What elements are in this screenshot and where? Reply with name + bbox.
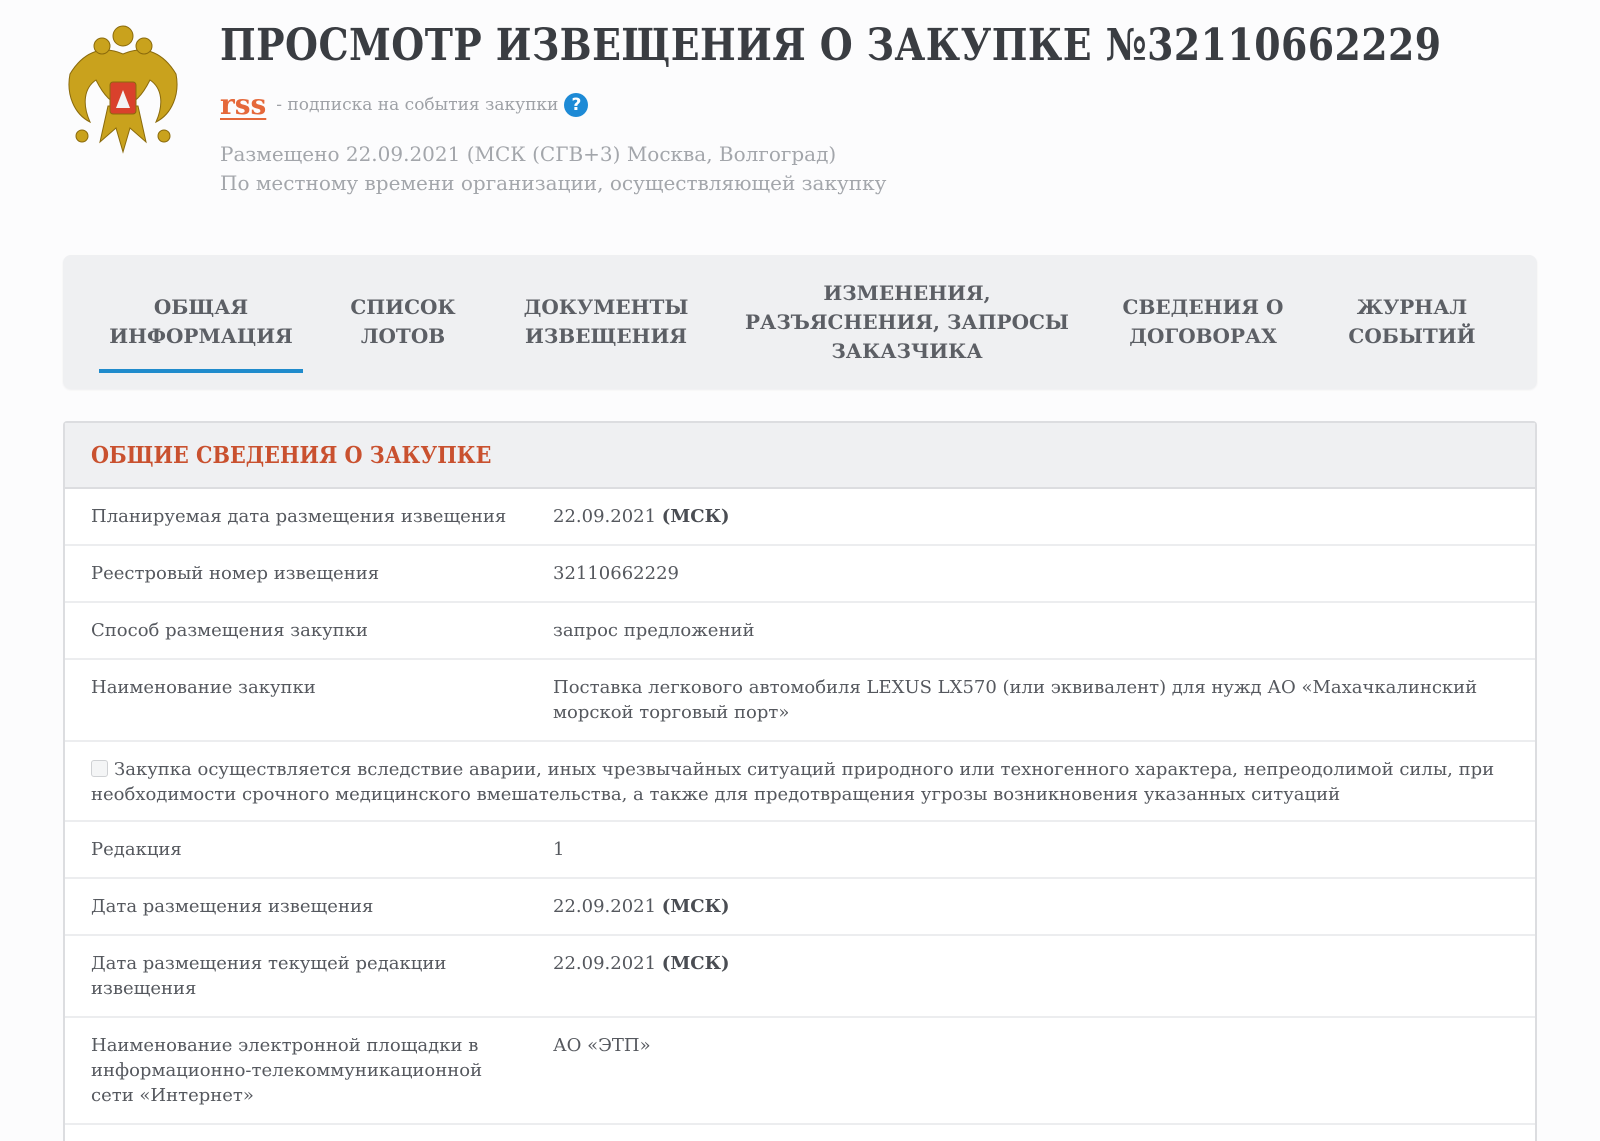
row-label: Дата размещения извещения: [65, 879, 553, 934]
rss-link[interactable]: rss: [220, 88, 274, 121]
section-title: ОБЩИЕ СВЕДЕНИЯ О ЗАКУПКЕ: [91, 442, 491, 469]
row-value: 22.09.2021 (МСК): [553, 489, 1535, 544]
general-info-panel: ОБЩИЕ СВЕДЕНИЯ О ЗАКУПКЕ Планируемая дат…: [63, 421, 1537, 1118]
row-label: Наименование электронной площадки в инфо…: [65, 1018, 553, 1118]
table-row: Дата размещения текущей редакции извещен…: [65, 936, 1535, 1018]
table-row: Дата размещения извещения 22.09.2021 (МС…: [65, 879, 1535, 936]
posting-info: Размещено 22.09.2021 (МСК (СГВ+3) Москва…: [220, 140, 886, 198]
row-label: Наименование закупки: [65, 660, 553, 740]
tab-lots-list[interactable]: СПИСОКЛОТОВ: [303, 255, 503, 389]
rss-description: - подписка на события закупки: [276, 95, 558, 115]
row-label: Редакция: [65, 822, 553, 877]
table-row: Наименование закупки Поставка легкового …: [65, 660, 1535, 742]
table-row: Планируемая дата размещения извещения 22…: [65, 489, 1535, 546]
row-value: 22.09.2021 (МСК): [553, 936, 1535, 1016]
timezone-note: По местному времени организации, осущест…: [220, 169, 886, 198]
tab-bar: ОБЩАЯИНФОРМАЦИЯ СПИСОКЛОТОВ ДОКУМЕНТЫИЗВ…: [63, 255, 1537, 389]
tab-changes-clarifications[interactable]: ИЗМЕНЕНИЯ,РАЗЪЯСНЕНИЯ, ЗАПРОСЫЗАКАЗЧИКА: [709, 255, 1105, 389]
table-row: Наименование электронной площадки в инфо…: [65, 1018, 1535, 1118]
tab-general-info[interactable]: ОБЩАЯИНФОРМАЦИЯ: [99, 255, 303, 389]
table-row: Способ размещения закупки запрос предлож…: [65, 603, 1535, 660]
help-icon[interactable]: ?: [564, 93, 588, 117]
coat-of-arms-icon: [60, 24, 186, 158]
rss-subscription: rss - подписка на события закупки ?: [220, 88, 588, 121]
row-value: 32110662229: [553, 546, 1535, 601]
row-label: Планируемая дата размещения извещения: [65, 489, 553, 544]
row-value: Поставка легкового автомобиля LEXUS LX57…: [553, 660, 1535, 740]
table-row: Редакция 1: [65, 822, 1535, 879]
row-value: запрос предложений: [553, 603, 1535, 658]
tab-event-log[interactable]: ЖУРНАЛСОБЫТИЙ: [1301, 255, 1523, 389]
tab-notice-documents[interactable]: ДОКУМЕНТЫИЗВЕЩЕНИЯ: [503, 255, 709, 389]
row-label: Реестровый номер извещения: [65, 546, 553, 601]
row-value: АО «ЭТП»: [553, 1018, 1535, 1118]
row-label: Способ размещения закупки: [65, 603, 553, 658]
table-row: Реестровый номер извещения 32110662229: [65, 546, 1535, 603]
row-value: 22.09.2021 (МСК): [553, 879, 1535, 934]
panel-header: ОБЩИЕ СВЕДЕНИЯ О ЗАКУПКЕ: [65, 423, 1535, 489]
tab-contracts-info[interactable]: СВЕДЕНИЯ ОДОГОВОРАХ: [1105, 255, 1301, 389]
row-value: 1: [553, 822, 1535, 877]
page-title: ПРОСМОТР ИЗВЕЩЕНИЯ О ЗАКУПКЕ №3211066222…: [220, 20, 1442, 71]
page-header: ПРОСМОТР ИЗВЕЩЕНИЯ О ЗАКУПКЕ №3211066222…: [0, 0, 1600, 240]
emergency-checkbox-label: Закупка осуществляется вследствие аварии…: [91, 759, 1494, 805]
emergency-checkbox[interactable]: [91, 760, 108, 777]
emergency-row: Закупка осуществляется вследствие аварии…: [65, 742, 1535, 822]
row-label: Дата размещения текущей редакции извещен…: [65, 936, 553, 1016]
posted-date: Размещено 22.09.2021 (МСК (СГВ+3) Москва…: [220, 140, 886, 169]
